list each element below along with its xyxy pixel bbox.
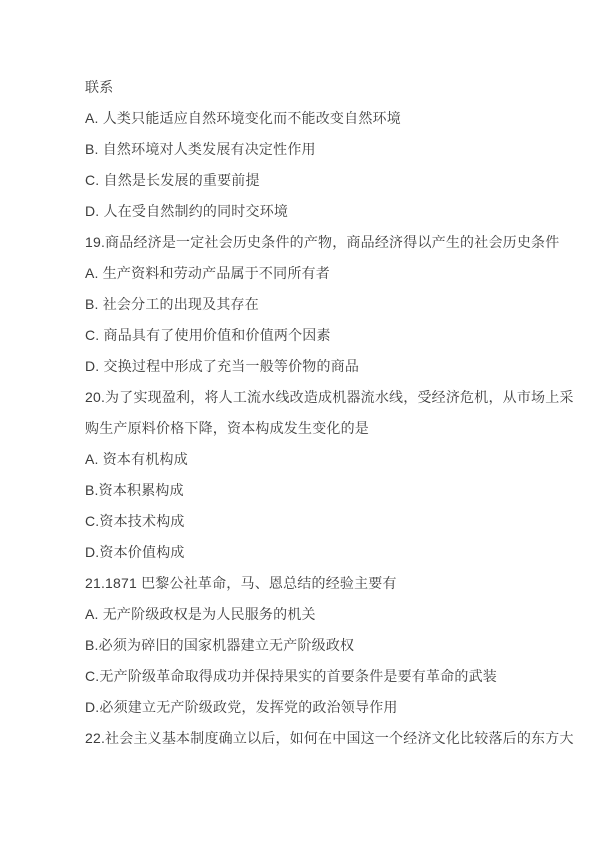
q20-option-a: A. 资本有机构成 [85,444,555,475]
q19-option-b: B. 社会分工的出现及其存在 [85,289,555,320]
q21-option-b: B.必须为碎旧的国家机器建立无产阶级政权 [85,630,555,661]
q20-option-b: B.资本积累构成 [85,475,555,506]
q20-stem-line1: 20.为了实现盈利，将人工流水线改造成机器流水线，受经济危机，从市场上采 [85,382,555,413]
q18-option-c: C. 自然是长发展的重要前提 [85,165,555,196]
q18-option-d: D. 人在受自然制约的同时交环境 [85,196,555,227]
q18-option-b: B. 自然环境对人类发展有决定性作用 [85,134,555,165]
q19-stem: 19.商品经济是一定社会历史条件的产物，商品经济得以产生的社会历史条件 [85,227,555,258]
q21-stem: 21.1871 巴黎公社革命，马、恩总结的经验主要有 [85,568,555,599]
q19-option-d: D. 交换过程中形成了充当一般等价物的商品 [85,351,555,382]
q22-stem-line1: 22.社会主义基本制度确立以后，如何在中国这一个经济文化比较落后的东方大 [85,723,555,754]
q18-option-a: A. 人类只能适应自然环境变化而不能改变自然环境 [85,103,555,134]
document-page: 联系 A. 人类只能适应自然环境变化而不能改变自然环境 B. 自然环境对人类发展… [0,0,595,841]
q20-stem-line2: 购生产原料价格下降，资本构成发生变化的是 [85,413,555,444]
q20-option-d: D.资本价值构成 [85,537,555,568]
q18-stem-continuation: 联系 [85,72,555,103]
q19-option-a: A. 生产资料和劳动产品属于不同所有者 [85,258,555,289]
document-text-block: 联系 A. 人类只能适应自然环境变化而不能改变自然环境 B. 自然环境对人类发展… [85,72,555,754]
q19-option-c: C. 商品具有了使用价值和价值两个因素 [85,320,555,351]
q21-option-c: C.无产阶级革命取得成功并保持果实的首要条件是要有革命的武装 [85,661,555,692]
q21-option-d: D.必须建立无产阶级政党，发挥党的政治领导作用 [85,692,555,723]
q21-option-a: A. 无产阶级政权是为人民服务的机关 [85,599,555,630]
q20-option-c: C.资本技术构成 [85,506,555,537]
